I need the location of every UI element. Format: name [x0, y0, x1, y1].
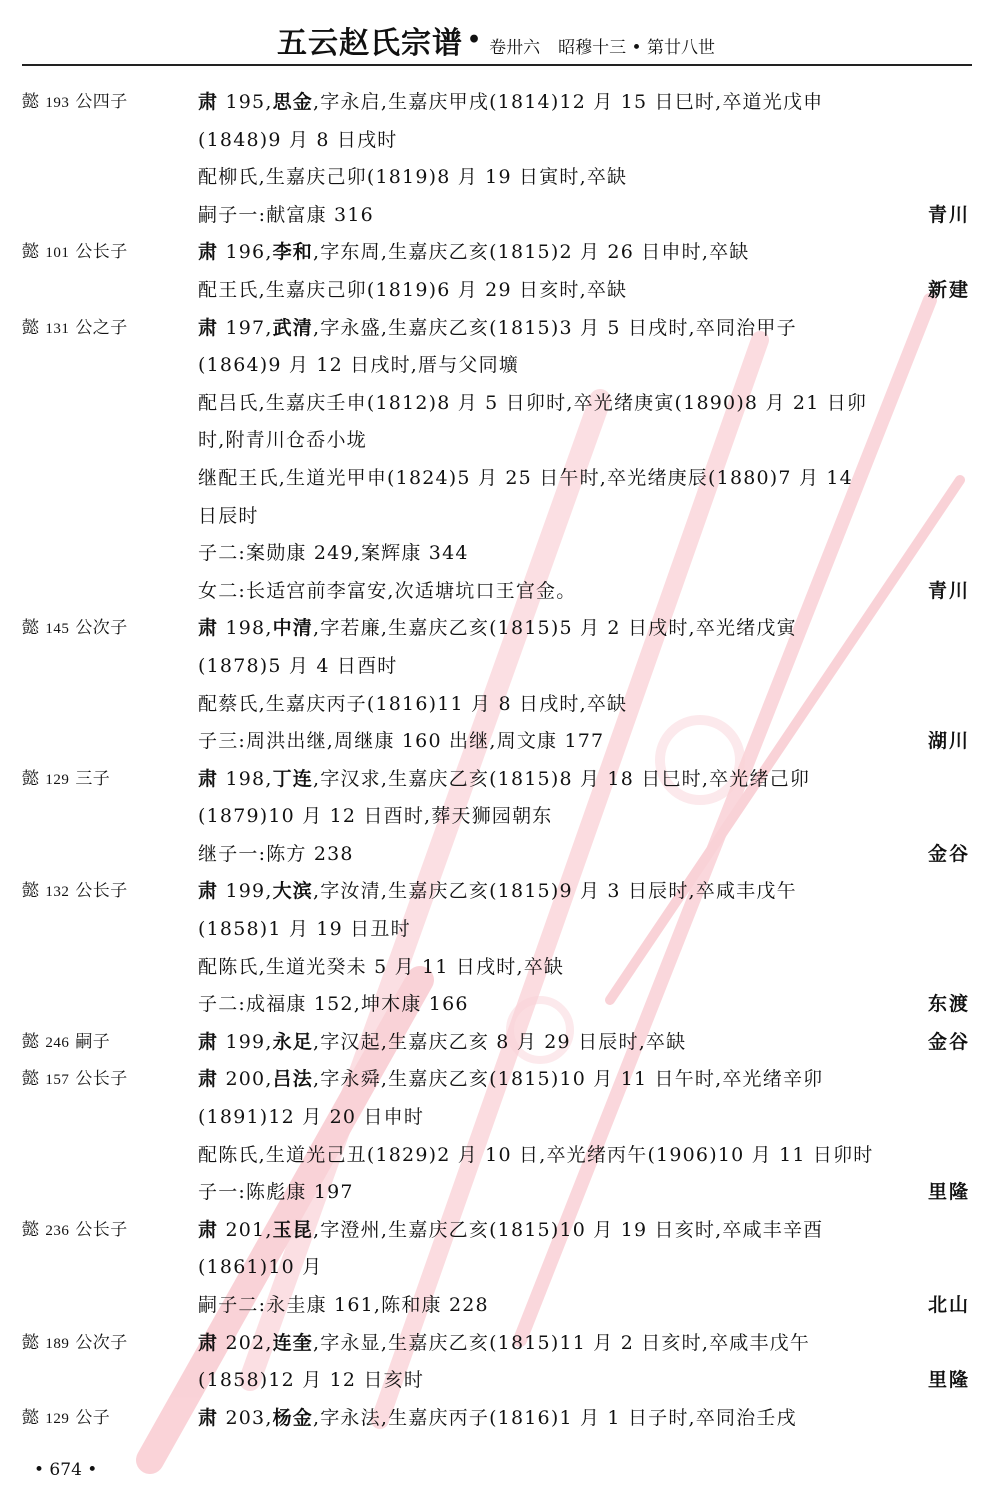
- generation-mark: 肃: [198, 317, 218, 339]
- entry-text: 女二:长适宫前李富安,次适塘坑口王官金。: [198, 575, 970, 607]
- entry-text: 嗣子一:献富康 316: [198, 199, 970, 231]
- father-lineage: 懿 157 公长子: [22, 1063, 128, 1096]
- person-number: 199: [225, 880, 265, 902]
- relation: 公之子: [75, 318, 128, 338]
- father-lineage: 懿 236 公长子: [22, 1214, 128, 1247]
- person-details: ,字永舜,生嘉庆乙亥(1815)10 月 11 日午时,卒光绪辛卯: [313, 1068, 823, 1090]
- residence-place: 金谷: [928, 1026, 970, 1058]
- entry-line: 懿 189 公次子肃 202,连奎,字永显,生嘉庆乙亥(1815)11 月 2 …: [0, 1327, 992, 1365]
- detail-text: 配蔡氏,生嘉庆丙子(1816)11 月 8 日戌时,卒缺: [198, 693, 627, 715]
- generation-mark: 肃: [198, 880, 218, 902]
- residence-place: 里隆: [928, 1176, 970, 1208]
- entry-text: 肃 199,永足,字汉起,生嘉庆乙亥 8 月 29 日辰时,卒缺: [198, 1026, 970, 1058]
- father-number: 101: [45, 245, 69, 261]
- person-number: 203: [225, 1407, 265, 1429]
- relation: 公次子: [75, 618, 128, 638]
- entry-text: 配王氏,生嘉庆己卯(1819)6 月 29 日亥时,卒缺: [198, 274, 970, 306]
- relation: 公次子: [75, 1333, 128, 1353]
- detail-text: 配王氏,生嘉庆己卯(1819)6 月 29 日亥时,卒缺: [198, 279, 627, 301]
- entry-line: (1858)1 月 19 日丑时: [0, 913, 992, 951]
- father-number: 236: [45, 1223, 69, 1239]
- generation-character: 懿: [22, 769, 40, 789]
- person-details: ,字东周,生嘉庆乙亥(1815)2 月 26 日申时,卒缺: [313, 241, 749, 263]
- entry-line: (1879)10 月 12 日酉时,葬天狮园朝东: [0, 800, 992, 838]
- book-title: 五云赵氏宗谱: [277, 26, 463, 61]
- generation-character: 懿: [22, 318, 40, 338]
- person-name: 大滨: [273, 880, 313, 902]
- entry-line: 子二:成福康 152,坤木康 166东渡: [0, 988, 992, 1026]
- entry-line: 配吕氏,生嘉庆壬申(1812)8 月 5 日卯时,卒光绪庚寅(1890)8 月 …: [0, 387, 992, 425]
- generation-mark: 肃: [198, 617, 218, 639]
- entry-text: 继子一:陈方 238: [198, 838, 970, 870]
- residence-place: 新建: [928, 274, 970, 306]
- entry-line: 懿 129 公子肃 203,杨金,字永法,生嘉庆丙子(1816)1 月 1 日子…: [0, 1402, 992, 1440]
- detail-text: (1848)9 月 8 日戌时: [198, 129, 397, 151]
- father-lineage: 懿 145 公次子: [22, 612, 128, 645]
- entry-text: 配柳氏,生嘉庆己卯(1819)8 月 19 日寅时,卒缺: [198, 161, 970, 193]
- detail-text: (1858)1 月 19 日丑时: [198, 918, 411, 940]
- father-number: 193: [45, 95, 69, 111]
- entry-text: 肃 202,连奎,字永显,生嘉庆乙亥(1815)11 月 2 日亥时,卒咸丰戊午: [198, 1327, 970, 1359]
- genealogy-entry: 懿 246 嗣子肃 199,永足,字汉起,生嘉庆乙亥 8 月 29 日辰时,卒缺…: [0, 1026, 992, 1064]
- generation-character: 懿: [22, 1220, 40, 1240]
- father-lineage: 懿 131 公之子: [22, 312, 128, 345]
- entry-text: 继配王氏,生道光甲申(1824)5 月 25 日午时,卒光绪庚辰(1880)7 …: [198, 462, 970, 494]
- detail-text: 配陈氏,生道光癸未 5 月 11 日戌时,卒缺: [198, 956, 564, 978]
- residence-place: 金谷: [928, 838, 970, 870]
- detail-text: 配吕氏,生嘉庆壬申(1812)8 月 5 日卯时,卒光绪庚寅(1890)8 月 …: [198, 392, 867, 414]
- detail-text: 嗣子一:献富康 316: [198, 204, 374, 226]
- detail-text: 子一:陈彪康 197: [198, 1181, 354, 1203]
- entry-line: 配柳氏,生嘉庆己卯(1819)8 月 19 日寅时,卒缺: [0, 161, 992, 199]
- entry-text: 配陈氏,生道光己丑(1829)2 月 10 日,卒光绪丙午(1906)10 月 …: [198, 1139, 970, 1171]
- detail-text: (1864)9 月 12 日戌时,厝与父同壙: [198, 354, 519, 376]
- father-number: 129: [45, 772, 69, 788]
- detail-text: 继子一:陈方 238: [198, 843, 354, 865]
- entry-text: 配蔡氏,生嘉庆丙子(1816)11 月 8 日戌时,卒缺: [198, 688, 970, 720]
- entry-text: 子二:案勋康 249,案辉康 344: [198, 537, 970, 569]
- generation-character: 懿: [22, 92, 40, 112]
- person-name: 永足: [273, 1031, 313, 1053]
- entry-text: 日辰时: [198, 500, 970, 532]
- entry-text: 肃 201,玉昆,字澄州,生嘉庆乙亥(1815)10 月 19 日亥时,卒咸丰辛…: [198, 1214, 970, 1246]
- entry-text: (1861)10 月: [198, 1251, 970, 1283]
- entry-text: 肃 198,丁连,字汉求,生嘉庆乙亥(1815)8 月 18 日巳时,卒光绪己卯: [198, 763, 970, 795]
- entry-text: 肃 200,吕法,字永舜,生嘉庆乙亥(1815)10 月 11 日午时,卒光绪辛…: [198, 1063, 970, 1095]
- detail-text: (1861)10 月: [198, 1256, 322, 1278]
- father-number: 129: [45, 1411, 69, 1427]
- person-number: 201: [225, 1219, 265, 1241]
- entry-line: 配蔡氏,生嘉庆丙子(1816)11 月 8 日戌时,卒缺: [0, 688, 992, 726]
- genealogy-entry: 懿 189 公次子肃 202,连奎,字永显,生嘉庆乙亥(1815)11 月 2 …: [0, 1327, 992, 1402]
- entry-line: 继子一:陈方 238金谷: [0, 838, 992, 876]
- entry-line: 子三:周洪出继,周继康 160 出继,周文康 177湖川: [0, 725, 992, 763]
- father-lineage: 懿 189 公次子: [22, 1327, 128, 1360]
- detail-text: 时,附青川仓岙小垅: [198, 429, 367, 451]
- entry-line: 嗣子一:献富康 316青川: [0, 199, 992, 237]
- entry-line: 懿 236 公长子肃 201,玉昆,字澄州,生嘉庆乙亥(1815)10 月 19…: [0, 1214, 992, 1252]
- residence-place: 青川: [928, 199, 970, 231]
- person-number: 196: [225, 241, 265, 263]
- father-number: 145: [45, 621, 69, 637]
- entry-line: 配陈氏,生道光己丑(1829)2 月 10 日,卒光绪丙午(1906)10 月 …: [0, 1139, 992, 1177]
- generation-character: 懿: [22, 1408, 40, 1428]
- relation: 嗣子: [75, 1032, 110, 1052]
- person-name: 丁连: [273, 768, 313, 790]
- person-number: 198: [225, 768, 265, 790]
- entry-text: (1848)9 月 8 日戌时: [198, 124, 970, 156]
- person-name: 中清: [273, 617, 313, 639]
- entry-text: 子二:成福康 152,坤木康 166: [198, 988, 970, 1020]
- genealogy-entry: 懿 129 公子肃 203,杨金,字永法,生嘉庆丙子(1816)1 月 1 日子…: [0, 1402, 992, 1440]
- residence-place: 湖川: [928, 725, 970, 757]
- generation-character: 懿: [22, 1333, 40, 1353]
- detail-text: 日辰时: [198, 505, 259, 527]
- detail-text: 子二:成福康 152,坤木康 166: [198, 993, 469, 1015]
- person-number: 197: [225, 317, 265, 339]
- entry-text: 肃 197,武清,字永盛,生嘉庆乙亥(1815)3 月 5 日戌时,卒同治甲子: [198, 312, 970, 344]
- entry-text: (1864)9 月 12 日戌时,厝与父同壙: [198, 349, 970, 381]
- generation-label: 昭穆十三 • 第廿八世: [558, 38, 715, 58]
- genealogy-entry: 懿 131 公之子肃 197,武清,字永盛,生嘉庆乙亥(1815)3 月 5 日…: [0, 312, 992, 613]
- genealogy-entry: 懿 101 公长子肃 196,李和,字东周,生嘉庆乙亥(1815)2 月 26 …: [0, 236, 992, 311]
- entry-line: 懿 129 三子肃 198,丁连,字汉求,生嘉庆乙亥(1815)8 月 18 日…: [0, 763, 992, 801]
- detail-text: (1858)12 月 12 日亥时: [198, 1369, 424, 1391]
- father-lineage: 懿 129 公子: [22, 1402, 110, 1435]
- entry-line: 懿 193 公四子肃 195,思金,字永启,生嘉庆甲戌(1814)12 月 15…: [0, 86, 992, 124]
- entry-text: 肃 195,思金,字永启,生嘉庆甲戌(1814)12 月 15 日巳时,卒道光戊…: [198, 86, 970, 118]
- generation-mark: 肃: [198, 768, 218, 790]
- entry-text: 肃 198,中清,字若廉,生嘉庆乙亥(1815)5 月 2 日戌时,卒光绪戊寅: [198, 612, 970, 644]
- person-details: ,字永启,生嘉庆甲戌(1814)12 月 15 日巳时,卒道光戊申: [313, 91, 823, 113]
- entry-text: 肃 203,杨金,字永法,生嘉庆丙子(1816)1 月 1 日子时,卒同治壬戌: [198, 1402, 970, 1434]
- generation-mark: 肃: [198, 1068, 218, 1090]
- relation: 公长子: [75, 1069, 128, 1089]
- entry-line: 懿 157 公长子肃 200,吕法,字永舜,生嘉庆乙亥(1815)10 月 11…: [0, 1063, 992, 1101]
- detail-text: (1891)12 月 20 日申时: [198, 1106, 424, 1128]
- residence-place: 东渡: [928, 988, 970, 1020]
- entry-text: (1879)10 月 12 日酉时,葬天狮园朝东: [198, 800, 970, 832]
- person-name: 思金: [273, 91, 313, 113]
- detail-text: 配陈氏,生道光己丑(1829)2 月 10 日,卒光绪丙午(1906)10 月 …: [198, 1144, 874, 1166]
- generation-mark: 肃: [198, 1219, 218, 1241]
- detail-text: 子三:周洪出继,周继康 160 出继,周文康 177: [198, 730, 604, 752]
- genealogy-entry: 懿 236 公长子肃 201,玉昆,字澄州,生嘉庆乙亥(1815)10 月 19…: [0, 1214, 992, 1327]
- title-separator: •: [467, 27, 481, 53]
- father-number: 189: [45, 1336, 69, 1352]
- father-lineage: 懿 129 三子: [22, 763, 110, 796]
- person-details: ,字汉求,生嘉庆乙亥(1815)8 月 18 日巳时,卒光绪己卯: [313, 768, 810, 790]
- person-number: 202: [225, 1332, 265, 1354]
- entry-line: 懿 145 公次子肃 198,中清,字若廉,生嘉庆乙亥(1815)5 月 2 日…: [0, 612, 992, 650]
- father-lineage: 懿 246 嗣子: [22, 1026, 110, 1059]
- entry-line: 子二:案勋康 249,案辉康 344: [0, 537, 992, 575]
- entry-line: 女二:长适宫前李富安,次适塘坑口王官金。青川: [0, 575, 992, 613]
- relation: 公长子: [75, 242, 128, 262]
- father-lineage: 懿 193 公四子: [22, 86, 128, 119]
- person-name: 连奎: [273, 1332, 313, 1354]
- entry-line: 嗣子二:永圭康 161,陈和康 228北山: [0, 1289, 992, 1327]
- entry-line: (1878)5 月 4 日酉时: [0, 650, 992, 688]
- entry-line: (1848)9 月 8 日戌时: [0, 124, 992, 162]
- detail-text: (1878)5 月 4 日酉时: [198, 655, 397, 677]
- generation-mark: 肃: [198, 1031, 218, 1053]
- page-number: • 674 •: [34, 1460, 97, 1480]
- entry-line: (1861)10 月: [0, 1251, 992, 1289]
- entry-text: (1878)5 月 4 日酉时: [198, 650, 970, 682]
- detail-text: 配柳氏,生嘉庆己卯(1819)8 月 19 日寅时,卒缺: [198, 166, 627, 188]
- entry-line: 子一:陈彪康 197里隆: [0, 1176, 992, 1214]
- genealogy-entry: 懿 145 公次子肃 198,中清,字若廉,生嘉庆乙亥(1815)5 月 2 日…: [0, 612, 992, 762]
- person-name: 玉昆: [273, 1219, 313, 1241]
- generation-character: 懿: [22, 1032, 40, 1052]
- entry-line: 懿 246 嗣子肃 199,永足,字汉起,生嘉庆乙亥 8 月 29 日辰时,卒缺…: [0, 1026, 992, 1064]
- father-number: 131: [45, 321, 69, 337]
- person-number: 200: [225, 1068, 265, 1090]
- person-details: ,字永显,生嘉庆乙亥(1815)11 月 2 日亥时,卒咸丰戊午: [313, 1332, 810, 1354]
- person-details: ,字澄州,生嘉庆乙亥(1815)10 月 19 日亥时,卒咸丰辛酉: [313, 1219, 823, 1241]
- generation-mark: 肃: [198, 1407, 218, 1429]
- entry-line: 时,附青川仓岙小垅: [0, 424, 992, 462]
- genealogy-entry: 懿 132 公长子肃 199,大滨,字汝清,生嘉庆乙亥(1815)9 月 3 日…: [0, 875, 992, 1025]
- residence-place: 北山: [928, 1289, 970, 1321]
- person-number: 199: [225, 1031, 265, 1053]
- father-number: 132: [45, 884, 69, 900]
- genealogy-entry: 懿 129 三子肃 198,丁连,字汉求,生嘉庆乙亥(1815)8 月 18 日…: [0, 763, 992, 876]
- person-details: ,字永盛,生嘉庆乙亥(1815)3 月 5 日戌时,卒同治甲子: [313, 317, 797, 339]
- father-number: 157: [45, 1072, 69, 1088]
- residence-place: 青川: [928, 575, 970, 607]
- generation-character: 懿: [22, 242, 40, 262]
- person-details: ,字永法,生嘉庆丙子(1816)1 月 1 日子时,卒同治壬戌: [313, 1407, 797, 1429]
- generation-character: 懿: [22, 881, 40, 901]
- entry-line: 懿 132 公长子肃 199,大滨,字汝清,生嘉庆乙亥(1815)9 月 3 日…: [0, 875, 992, 913]
- relation: 公长子: [75, 1220, 128, 1240]
- entry-text: (1858)1 月 19 日丑时: [198, 913, 970, 945]
- relation: 三子: [75, 769, 110, 789]
- entry-text: 肃 199,大滨,字汝清,生嘉庆乙亥(1815)9 月 3 日辰时,卒咸丰戊午: [198, 875, 970, 907]
- genealogy-entry: 懿 193 公四子肃 195,思金,字永启,生嘉庆甲戌(1814)12 月 15…: [0, 86, 992, 236]
- entry-text: 子三:周洪出继,周继康 160 出继,周文康 177: [198, 725, 970, 757]
- father-lineage: 懿 132 公长子: [22, 875, 128, 908]
- detail-text: 女二:长适宫前李富安,次适塘坑口王官金。: [198, 580, 576, 602]
- person-number: 195: [225, 91, 265, 113]
- person-details: ,字若廉,生嘉庆乙亥(1815)5 月 2 日戌时,卒光绪戊寅: [313, 617, 797, 639]
- genealogy-entries: 懿 193 公四子肃 195,思金,字永启,生嘉庆甲戌(1814)12 月 15…: [0, 86, 992, 1439]
- detail-text: 继配王氏,生道光甲申(1824)5 月 25 日午时,卒光绪庚辰(1880)7 …: [198, 467, 853, 489]
- entry-line: 懿 131 公之子肃 197,武清,字永盛,生嘉庆乙亥(1815)3 月 5 日…: [0, 312, 992, 350]
- entry-line: 配王氏,生嘉庆己卯(1819)6 月 29 日亥时,卒缺新建: [0, 274, 992, 312]
- entry-line: (1864)9 月 12 日戌时,厝与父同壙: [0, 349, 992, 387]
- relation: 公四子: [75, 92, 128, 112]
- entry-text: 肃 196,李和,字东周,生嘉庆乙亥(1815)2 月 26 日申时,卒缺: [198, 236, 970, 268]
- father-lineage: 懿 101 公长子: [22, 236, 128, 269]
- entry-text: (1891)12 月 20 日申时: [198, 1101, 970, 1133]
- detail-text: 嗣子二:永圭康 161,陈和康 228: [198, 1294, 489, 1316]
- relation: 公长子: [75, 881, 128, 901]
- person-number: 198: [225, 617, 265, 639]
- generation-mark: 肃: [198, 91, 218, 113]
- generation-mark: 肃: [198, 1332, 218, 1354]
- entry-text: 嗣子二:永圭康 161,陈和康 228: [198, 1289, 970, 1321]
- detail-text: (1879)10 月 12 日酉时,葬天狮园朝东: [198, 805, 553, 827]
- genealogy-entry: 懿 157 公长子肃 200,吕法,字永舜,生嘉庆乙亥(1815)10 月 11…: [0, 1063, 992, 1213]
- entry-line: 懿 101 公长子肃 196,李和,字东周,生嘉庆乙亥(1815)2 月 26 …: [0, 236, 992, 274]
- entry-text: 配陈氏,生道光癸未 5 月 11 日戌时,卒缺: [198, 951, 970, 983]
- generation-mark: 肃: [198, 241, 218, 263]
- entry-line: (1891)12 月 20 日申时: [0, 1101, 992, 1139]
- entry-line: 继配王氏,生道光甲申(1824)5 月 25 日午时,卒光绪庚辰(1880)7 …: [0, 462, 992, 500]
- detail-text: 子二:案勋康 249,案辉康 344: [198, 542, 469, 564]
- entry-line: (1858)12 月 12 日亥时里隆: [0, 1364, 992, 1402]
- entry-text: 时,附青川仓岙小垅: [198, 424, 970, 456]
- generation-character: 懿: [22, 618, 40, 638]
- entry-line: 日辰时: [0, 500, 992, 538]
- volume-label: 卷卅六: [489, 38, 540, 58]
- person-name: 武清: [273, 317, 313, 339]
- page-header: 五云赵氏宗谱•卷卅六昭穆十三 • 第廿八世: [0, 18, 992, 62]
- person-name: 李和: [273, 241, 313, 263]
- entry-text: (1858)12 月 12 日亥时: [198, 1364, 970, 1396]
- person-details: ,字汉起,生嘉庆乙亥 8 月 29 日辰时,卒缺: [313, 1031, 686, 1053]
- person-name: 吕法: [273, 1068, 313, 1090]
- relation: 公子: [75, 1408, 110, 1428]
- person-details: ,字汝清,生嘉庆乙亥(1815)9 月 3 日辰时,卒咸丰戊午: [313, 880, 797, 902]
- header-divider: [22, 64, 972, 66]
- entry-text: 子一:陈彪康 197: [198, 1176, 970, 1208]
- entry-text: 配吕氏,生嘉庆壬申(1812)8 月 5 日卯时,卒光绪庚寅(1890)8 月 …: [198, 387, 970, 419]
- entry-line: 配陈氏,生道光癸未 5 月 11 日戌时,卒缺: [0, 951, 992, 989]
- generation-character: 懿: [22, 1069, 40, 1089]
- father-number: 246: [45, 1035, 69, 1051]
- person-name: 杨金: [273, 1407, 313, 1429]
- residence-place: 里隆: [928, 1364, 970, 1396]
